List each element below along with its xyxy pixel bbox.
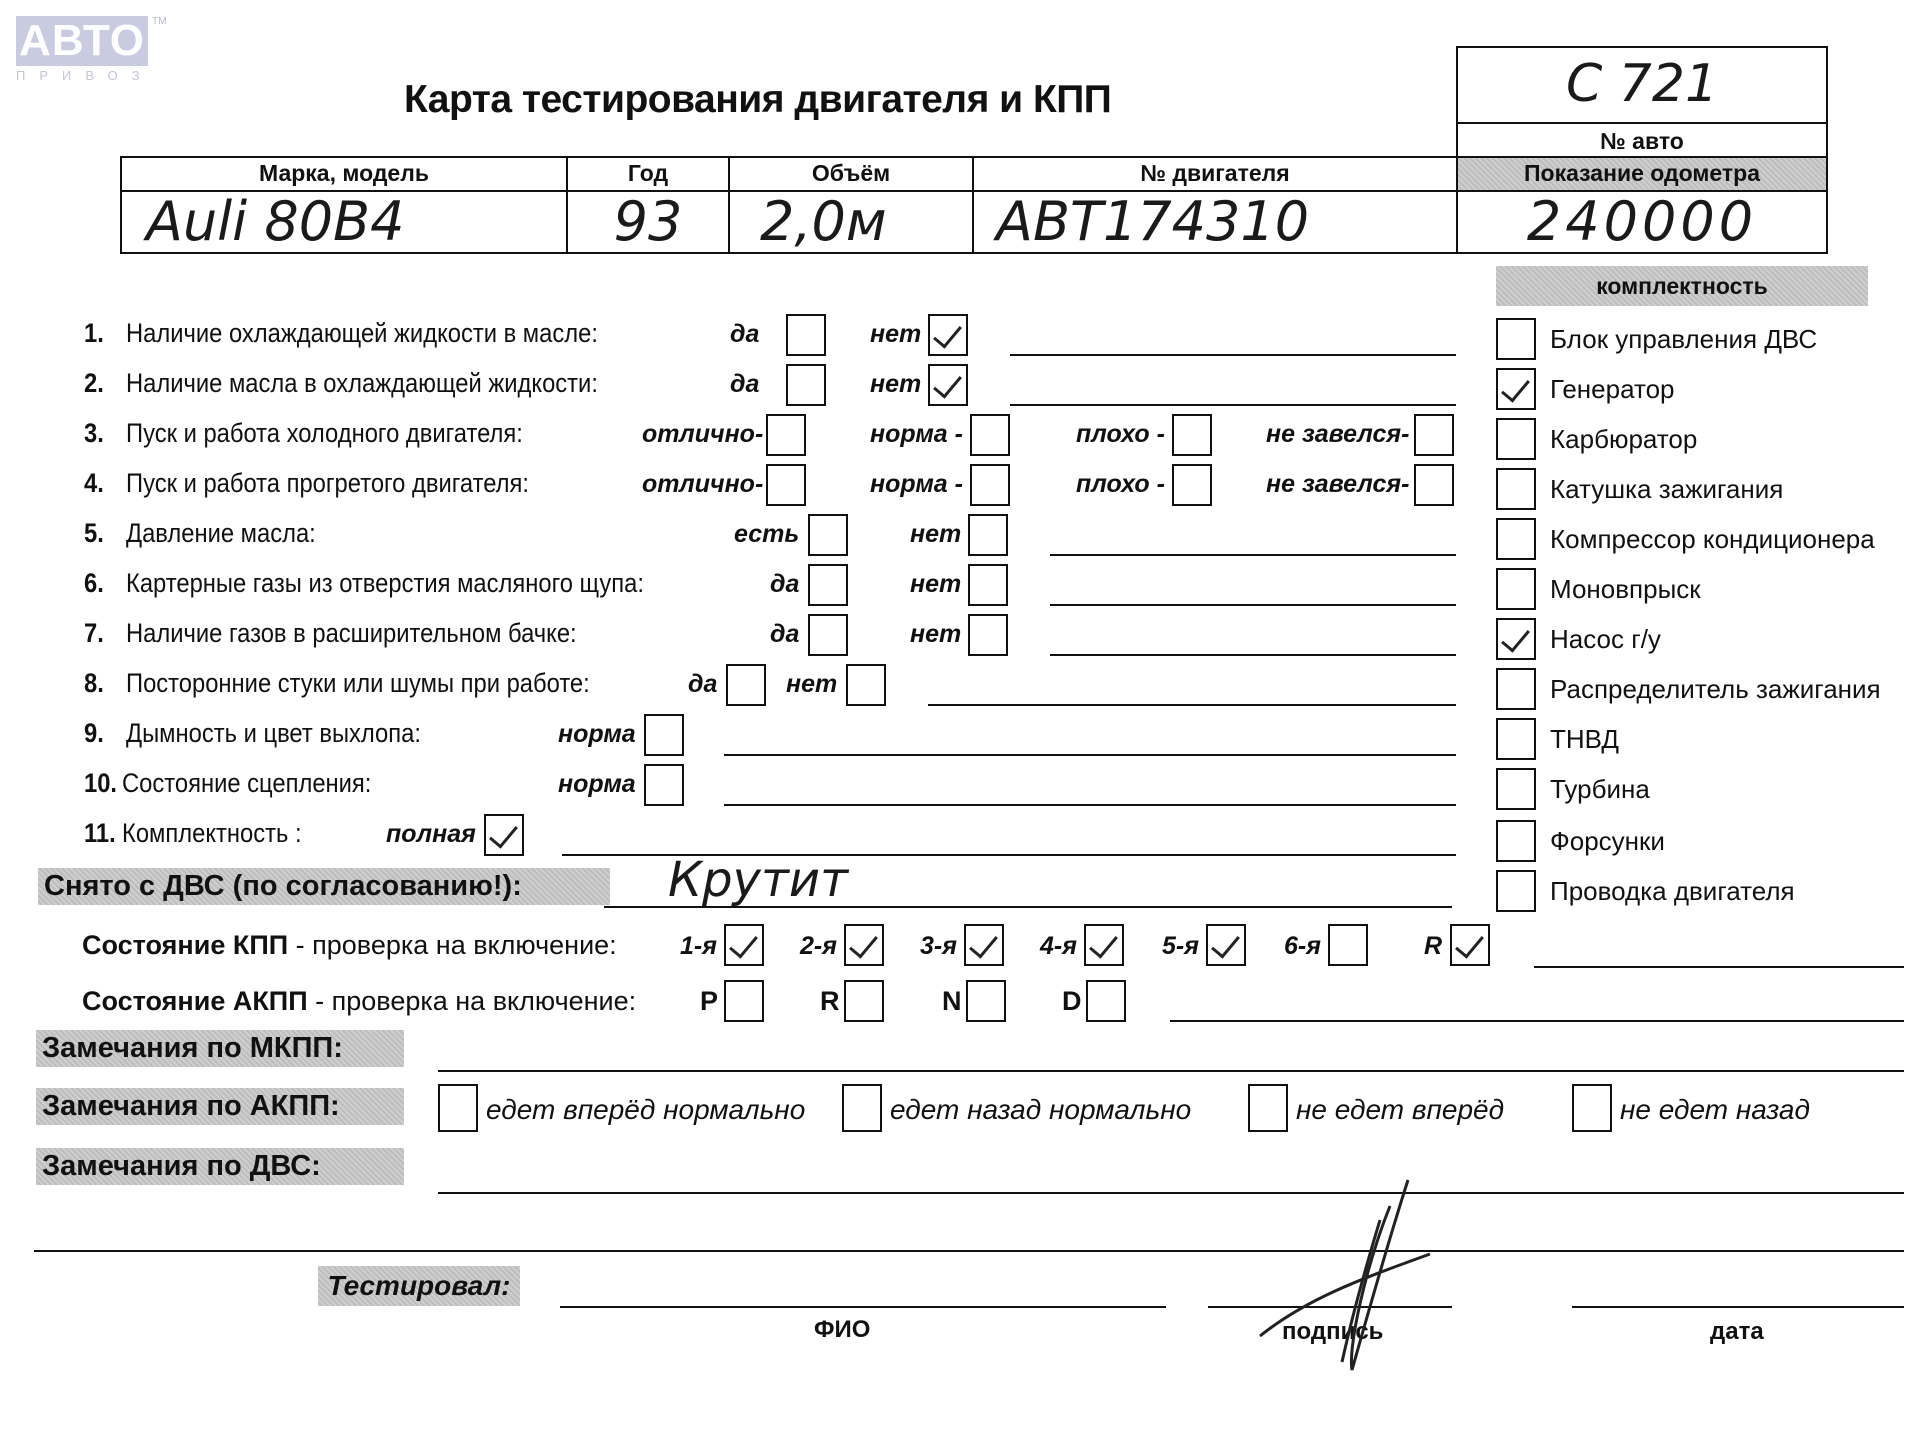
gear-label: 4-я <box>1040 932 1077 961</box>
engine-number-label: № двигателя <box>974 158 1456 192</box>
completeness-checkbox[interactable] <box>1496 618 1536 660</box>
option-checkbox[interactable] <box>766 464 806 506</box>
option-checkbox[interactable] <box>928 364 968 406</box>
gear-label: R <box>1424 932 1442 961</box>
completeness-item-label: Турбина <box>1550 774 1650 805</box>
removed-line <box>604 906 1452 908</box>
option-checkbox[interactable] <box>644 764 684 806</box>
option-label: нет <box>910 520 961 549</box>
question-text: Давление масла: <box>126 518 316 549</box>
option-checkbox[interactable] <box>1414 414 1454 456</box>
option-checkbox[interactable] <box>766 414 806 456</box>
car-number-box: С 721 № авто <box>1456 46 1828 158</box>
year-cell: Год 93 <box>568 158 730 252</box>
remarks-mkpp-label: Замечания по МКПП: <box>36 1030 404 1067</box>
question-text: Пуск и работа прогретого двигателя: <box>126 468 529 499</box>
akpp-mode-label: P <box>700 986 718 1017</box>
option-checkbox[interactable] <box>928 314 968 356</box>
make-model-cell: Марка, модель Auli 80B4 <box>122 158 568 252</box>
volume-cell: Объём 2,0м <box>730 158 974 252</box>
completeness-item-label: Генератор <box>1550 374 1675 405</box>
option-checkbox[interactable] <box>786 314 826 356</box>
completeness-checkbox[interactable] <box>1496 568 1536 610</box>
akpp-mode-checkbox[interactable] <box>844 980 884 1022</box>
option-label: норма <box>558 770 636 799</box>
tested-by-label: Тестировал: <box>318 1266 520 1306</box>
gear-checkbox[interactable] <box>1206 924 1246 966</box>
volume-value[interactable]: 2,0м <box>730 192 972 252</box>
question-number: 10. <box>84 768 117 799</box>
date-label: дата <box>1710 1318 1764 1346</box>
completeness-checkbox[interactable] <box>1496 418 1536 460</box>
notes-line <box>1010 354 1456 356</box>
gear-label: 5-я <box>1162 932 1199 961</box>
akpp-mode-checkbox[interactable] <box>966 980 1006 1022</box>
fio-line <box>560 1306 1166 1308</box>
akpp-remark-label: не едет назад <box>1620 1094 1810 1126</box>
year-label: Год <box>568 158 728 192</box>
akpp-remark-label: едет назад нормально <box>890 1094 1191 1126</box>
option-label: да <box>770 620 799 649</box>
make-model-label: Марка, модель <box>122 158 566 192</box>
option-checkbox[interactable] <box>970 464 1010 506</box>
remarks-akpp-label: Замечания по АКПП: <box>36 1088 404 1125</box>
option-label: не завелся- <box>1266 470 1409 499</box>
completeness-checkbox[interactable] <box>1496 468 1536 510</box>
completeness-item-label: Блок управления ДВС <box>1550 324 1817 355</box>
akpp-mode-label: N <box>942 986 962 1017</box>
completeness-checkbox[interactable] <box>1496 518 1536 560</box>
completeness-item-label: Карбюратор <box>1550 424 1697 455</box>
gear-checkbox[interactable] <box>1450 924 1490 966</box>
completeness-item-label: Моновпрыск <box>1550 574 1701 605</box>
question-text: Дымность и цвет выхлопа: <box>126 718 421 749</box>
akpp-remark-label: не едет вперёд <box>1296 1094 1504 1126</box>
completeness-item-label: Проводка двигателя <box>1550 876 1795 907</box>
option-label: да <box>770 570 799 599</box>
gear-checkbox[interactable] <box>724 924 764 966</box>
option-checkbox[interactable] <box>808 614 848 656</box>
completeness-checkbox[interactable] <box>1496 870 1536 912</box>
completeness-item-label: ТНВД <box>1550 724 1619 755</box>
akpp-label: Состояние АКПП - проверка на включение: <box>82 986 636 1017</box>
question-number: 3. <box>84 418 104 449</box>
completeness-item-label: Распределитель зажигания <box>1550 674 1881 705</box>
volume-label: Объём <box>730 158 972 192</box>
question-number: 1. <box>84 318 104 349</box>
question-text: Посторонние стуки или шумы при работе: <box>126 668 590 699</box>
option-checkbox[interactable] <box>484 814 524 856</box>
option-label: норма - <box>870 470 963 499</box>
notes-line <box>724 804 1456 806</box>
question-text: Наличие масла в охлаждающей жидкости: <box>126 368 598 399</box>
completeness-checkbox[interactable] <box>1496 820 1536 862</box>
option-label: норма <box>558 720 636 749</box>
page-title: Карта тестирования двигателя и КПП <box>404 78 1111 122</box>
option-label: норма - <box>870 420 963 449</box>
option-label: да <box>730 320 759 349</box>
gear-checkbox[interactable] <box>1328 924 1368 966</box>
akpp-label-strong: Состояние АКПП <box>82 986 308 1016</box>
make-model-value[interactable]: Auli 80B4 <box>122 192 566 252</box>
remarks-mkpp-line <box>438 1070 1904 1072</box>
remarks-dvs-line <box>438 1192 1904 1194</box>
year-value[interactable]: 93 <box>568 192 728 252</box>
option-label: нет <box>870 320 921 349</box>
completeness-item-label: Катушка зажигания <box>1550 474 1783 505</box>
car-number-label: № авто <box>1458 124 1826 158</box>
vehicle-info-table: Марка, модель Auli 80B4 Год 93 Объём 2,0… <box>120 156 1828 254</box>
akpp-remark-label: едет вперёд нормально <box>486 1094 805 1126</box>
completeness-checkbox[interactable] <box>1496 368 1536 410</box>
option-checkbox[interactable] <box>1172 414 1212 456</box>
option-label: отлично- <box>642 420 763 449</box>
option-checkbox[interactable] <box>968 564 1008 606</box>
option-label: полная <box>386 820 476 849</box>
removed-label: Снято с ДВС (по согласованию!): <box>38 868 610 905</box>
question-text: Состояние сцепления: <box>122 768 371 799</box>
remarks-extra-line <box>34 1250 1904 1252</box>
option-checkbox[interactable] <box>1172 464 1212 506</box>
odometer-value[interactable]: 240000 <box>1458 192 1826 252</box>
gear-checkbox[interactable] <box>964 924 1004 966</box>
odometer-label: Показание одометра <box>1458 158 1826 192</box>
akpp-mode-checkbox[interactable] <box>724 980 764 1022</box>
completeness-item-label: Форсунки <box>1550 826 1665 857</box>
option-label: плохо - <box>1076 470 1165 499</box>
completeness-item-label: Насос г/у <box>1550 624 1661 655</box>
question-text: Наличие газов в расширительном бачке: <box>126 618 577 649</box>
option-label: нет <box>786 670 837 699</box>
kpp-label: Состояние КПП - проверка на включение: <box>82 930 617 961</box>
akpp-remark-checkbox[interactable] <box>842 1084 882 1132</box>
logo-subtitle: ПРИВОЗ <box>16 68 154 83</box>
kpp-label-strong: Состояние КПП <box>82 930 288 960</box>
akpp-remark-checkbox[interactable] <box>438 1084 478 1132</box>
akpp-mode-label: R <box>820 986 840 1017</box>
option-label: нет <box>910 570 961 599</box>
option-label: плохо - <box>1076 420 1165 449</box>
question-number: 7. <box>84 618 104 649</box>
question-text: Пуск и работа холодного двигателя: <box>126 418 523 449</box>
notes-line <box>1050 554 1456 556</box>
gear-label: 2-я <box>800 932 837 961</box>
car-number-value[interactable]: С 721 <box>1458 48 1826 124</box>
question-number: 11. <box>84 818 116 849</box>
option-label: отлично- <box>642 470 763 499</box>
akpp-mode-checkbox[interactable] <box>1086 980 1126 1022</box>
question-number: 8. <box>84 668 104 699</box>
akpp-remark-checkbox[interactable] <box>1572 1084 1612 1132</box>
fio-label: ФИО <box>814 1316 870 1344</box>
question-number: 4. <box>84 468 104 499</box>
removed-value[interactable]: Крутит <box>668 852 848 908</box>
gear-checkbox[interactable] <box>1084 924 1124 966</box>
completeness-item-label: Компрессор кондиционера <box>1550 524 1875 555</box>
odometer-cell: Показание одометра 240000 <box>1458 158 1826 252</box>
option-label: нет <box>910 620 961 649</box>
notes-line <box>724 754 1456 756</box>
akpp-line <box>1170 1020 1904 1022</box>
option-label: есть <box>734 520 799 549</box>
question-text: Наличие охлаждающей жидкости в масле: <box>126 318 598 349</box>
gear-checkbox[interactable] <box>844 924 884 966</box>
option-label: да <box>730 370 759 399</box>
gear-label: 6-я <box>1284 932 1321 961</box>
option-checkbox[interactable] <box>726 664 766 706</box>
notes-line <box>1050 654 1456 656</box>
option-label: да <box>688 670 717 699</box>
date-line <box>1572 1306 1904 1308</box>
engine-number-value[interactable]: ABT174310 <box>974 192 1456 252</box>
option-checkbox[interactable] <box>968 514 1008 556</box>
completeness-checkbox[interactable] <box>1496 668 1536 710</box>
logo: АВТО <box>16 16 148 66</box>
option-label: нет <box>870 370 921 399</box>
option-checkbox[interactable] <box>808 564 848 606</box>
notes-line <box>1010 404 1456 406</box>
gear-label: 3-я <box>920 932 957 961</box>
completeness-heading: комплектность <box>1496 266 1868 306</box>
completeness-checkbox[interactable] <box>1496 318 1536 360</box>
option-checkbox[interactable] <box>846 664 886 706</box>
option-checkbox[interactable] <box>970 414 1010 456</box>
gear-label: 1-я <box>680 932 717 961</box>
engine-number-cell: № двигателя ABT174310 <box>974 158 1458 252</box>
option-checkbox[interactable] <box>808 514 848 556</box>
notes-line <box>1050 604 1456 606</box>
remarks-dvs-label: Замечания по ДВС: <box>36 1148 404 1185</box>
akpp-label-rest: - проверка на включение: <box>308 986 637 1016</box>
option-checkbox[interactable] <box>1414 464 1454 506</box>
akpp-remark-checkbox[interactable] <box>1248 1084 1288 1132</box>
question-number: 2. <box>84 368 104 399</box>
completeness-checkbox[interactable] <box>1496 768 1536 810</box>
akpp-mode-label: D <box>1062 986 1082 1017</box>
option-checkbox[interactable] <box>786 364 826 406</box>
option-label: не завелся- <box>1266 420 1409 449</box>
question-number: 5. <box>84 518 104 549</box>
kpp-label-rest: - проверка на включение: <box>288 930 617 960</box>
option-checkbox[interactable] <box>968 614 1008 656</box>
kpp-line <box>1534 966 1904 968</box>
notes-line <box>928 704 1456 706</box>
question-text: Комплектность : <box>122 818 302 849</box>
question-number: 9. <box>84 718 104 749</box>
question-number: 6. <box>84 568 104 599</box>
option-checkbox[interactable] <box>644 714 684 756</box>
logo-tm: TM <box>152 16 166 27</box>
signature-scribble[interactable] <box>1240 1176 1460 1376</box>
completeness-checkbox[interactable] <box>1496 718 1536 760</box>
question-text: Картерные газы из отверстия масляного щу… <box>126 568 644 599</box>
